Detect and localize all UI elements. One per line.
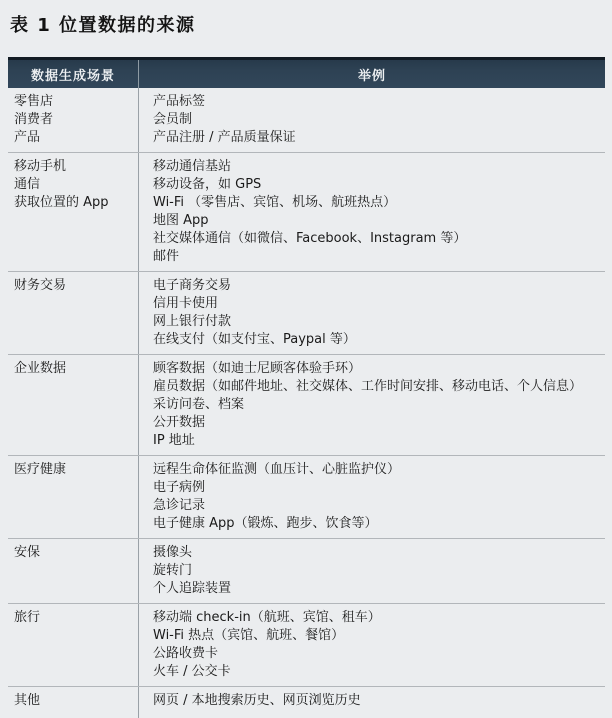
scenario-line: 通信 <box>14 176 134 194</box>
example-line: Wi-Fi 热点（宾馆、航班、餐馆） <box>153 627 601 645</box>
scenario-line: 安保 <box>14 544 134 562</box>
location-data-table: 数据生成场景 举例 零售店消费者产品产品标签会员制产品注册 / 产品质量保证移动… <box>8 57 605 718</box>
examples-cell: 远程生命体征监测（血压计、心脏监护仪）电子病例急诊记录电子健康 App（锻炼、跑… <box>138 456 605 538</box>
scenario-line: 医疗健康 <box>14 461 134 479</box>
table-row: 旅行移动端 check-in（航班、宾馆、租车）Wi-Fi 热点（宾馆、航班、餐… <box>8 603 605 686</box>
example-line: 移动端 check-in（航班、宾馆、租车） <box>153 609 601 627</box>
example-line: 火车 / 公交卡 <box>153 663 601 681</box>
example-line: 移动设备，如 GPS <box>153 176 601 194</box>
scenario-cell: 企业数据 <box>8 355 138 455</box>
scenario-line: 获取位置的 App <box>14 194 134 212</box>
table-row: 零售店消费者产品产品标签会员制产品注册 / 产品质量保证 <box>8 88 605 152</box>
example-line: 网上银行付款 <box>153 313 601 331</box>
example-line: Wi-Fi （零售店、宾馆、机场、航班热点） <box>153 194 601 212</box>
example-line: 地图 App <box>153 212 601 230</box>
document-page: 表 1 位置数据的来源 数据生成场景 举例 零售店消费者产品产品标签会员制产品注… <box>0 0 612 718</box>
example-line: 公开数据 <box>153 414 601 432</box>
scenario-line: 企业数据 <box>14 360 134 378</box>
table-row: 财务交易电子商务交易信用卡使用网上银行付款在线支付（如支付宝、Paypal 等） <box>8 271 605 354</box>
examples-cell: 电子商务交易信用卡使用网上银行付款在线支付（如支付宝、Paypal 等） <box>138 272 605 354</box>
example-line: 产品标签 <box>153 93 601 111</box>
table-row: 医疗健康远程生命体征监测（血压计、心脏监护仪）电子病例急诊记录电子健康 App（… <box>8 455 605 538</box>
example-line: 在线支付（如支付宝、Paypal 等） <box>153 331 601 349</box>
table-caption: 表 1 位置数据的来源 <box>10 11 196 37</box>
table-row: 其他网页 / 本地搜索历史、网页浏览历史 <box>8 686 605 718</box>
example-line: 产品注册 / 产品质量保证 <box>153 129 601 147</box>
scenario-cell: 医疗健康 <box>8 456 138 538</box>
example-line: 电子健康 App（锻炼、跑步、饮食等） <box>153 515 601 533</box>
example-line: 会员制 <box>153 111 601 129</box>
scenario-line: 其他 <box>14 692 134 710</box>
column-header-scenario: 数据生成场景 <box>8 65 138 84</box>
scenario-cell: 移动手机通信获取位置的 App <box>8 153 138 271</box>
table-body: 零售店消费者产品产品标签会员制产品注册 / 产品质量保证移动手机通信获取位置的 … <box>8 88 605 718</box>
example-line: 信用卡使用 <box>153 295 601 313</box>
examples-cell: 移动端 check-in（航班、宾馆、租车）Wi-Fi 热点（宾馆、航班、餐馆）… <box>138 604 605 686</box>
example-line: 邮件 <box>153 248 601 266</box>
scenario-line: 消费者 <box>14 111 134 129</box>
example-line: 个人追踪装置 <box>153 580 601 598</box>
table-row: 企业数据顾客数据（如迪士尼顾客体验手环）雇员数据（如邮件地址、社交媒体、工作时间… <box>8 354 605 455</box>
example-line: 移动通信基站 <box>153 158 601 176</box>
examples-cell: 移动通信基站移动设备，如 GPSWi-Fi （零售店、宾馆、机场、航班热点）地图… <box>138 153 605 271</box>
scenario-cell: 安保 <box>8 539 138 603</box>
example-line: 旋转门 <box>153 562 601 580</box>
scenario-cell: 财务交易 <box>8 272 138 354</box>
example-line: 摄像头 <box>153 544 601 562</box>
example-line: 网页 / 本地搜索历史、网页浏览历史 <box>153 692 601 710</box>
scenario-cell: 零售店消费者产品 <box>8 88 138 152</box>
example-line: 远程生命体征监测（血压计、心脏监护仪） <box>153 461 601 479</box>
example-line: 社交媒体通信（如微信、Facebook、Instagram 等） <box>153 230 601 248</box>
examples-cell: 网页 / 本地搜索历史、网页浏览历史 <box>138 687 605 718</box>
examples-cell: 摄像头旋转门个人追踪装置 <box>138 539 605 603</box>
example-line: 电子商务交易 <box>153 277 601 295</box>
scenario-line: 零售店 <box>14 93 134 111</box>
scenario-cell: 旅行 <box>8 604 138 686</box>
examples-cell: 产品标签会员制产品注册 / 产品质量保证 <box>138 88 605 152</box>
scenario-line: 移动手机 <box>14 158 134 176</box>
example-line: 电子病例 <box>153 479 601 497</box>
scenario-cell: 其他 <box>8 687 138 718</box>
table-row: 安保摄像头旋转门个人追踪装置 <box>8 538 605 603</box>
example-line: 雇员数据（如邮件地址、社交媒体、工作时间安排、移动电话、个人信息） <box>153 378 601 396</box>
example-line: 顾客数据（如迪士尼顾客体验手环） <box>153 360 601 378</box>
example-line: 公路收费卡 <box>153 645 601 663</box>
scenario-line: 旅行 <box>14 609 134 627</box>
example-line: IP 地址 <box>153 432 601 450</box>
table-header-row: 数据生成场景 举例 <box>8 57 605 88</box>
scenario-line: 产品 <box>14 129 134 147</box>
examples-cell: 顾客数据（如迪士尼顾客体验手环）雇员数据（如邮件地址、社交媒体、工作时间安排、移… <box>138 355 605 455</box>
column-header-examples: 举例 <box>138 60 605 88</box>
table-row: 移动手机通信获取位置的 App移动通信基站移动设备，如 GPSWi-Fi （零售… <box>8 152 605 271</box>
example-line: 采访问卷、档案 <box>153 396 601 414</box>
example-line: 急诊记录 <box>153 497 601 515</box>
scenario-line: 财务交易 <box>14 277 134 295</box>
